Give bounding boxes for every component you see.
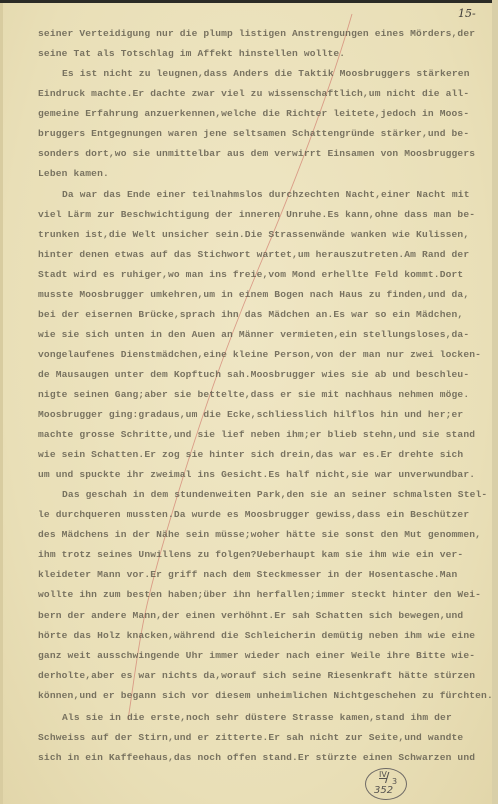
- text-line: trunken ist,die Welt unsicher sein.Die S…: [38, 229, 469, 240]
- text-line: bei der eisernen Brücke,sprach ihn das M…: [38, 309, 463, 320]
- text-line: seiner Verteidigung nur die plump listig…: [38, 28, 475, 39]
- text-line: ihm trotz seines Unwillens zu folgen?Ueb…: [38, 549, 463, 560]
- text-line: wie sie sich unten in den Auen an Männer…: [38, 329, 469, 340]
- text-line: wollte ihn zum besten haben;über ihn her…: [38, 589, 481, 600]
- text-line: viel Lärm zur Beschwichtigung der innere…: [38, 209, 475, 220]
- text-line: des Mädchens in der Nähe sein müsse;wohe…: [38, 529, 481, 540]
- text-line: sonders dort,wo sie unmittelbar aus dem …: [38, 148, 475, 159]
- stamp-slash: /: [385, 771, 389, 786]
- text-line: um und spuckte ihr zweimal ins Gesicht.E…: [38, 469, 475, 480]
- text-line: musste Moosbrugger umkehren,um in einem …: [38, 289, 469, 300]
- text-line: gemeine Erfahrung anzuerkennen,welche di…: [38, 108, 469, 119]
- archive-stamp: IV / 3 352: [365, 768, 407, 800]
- text-line: le durchqueren mussten.Da wurde es Moosb…: [38, 509, 469, 520]
- page-left-edge: [0, 3, 3, 804]
- text-line: ganz weit ausschwingende Uhr immer wiede…: [38, 650, 475, 661]
- text-line: Das geschah in dem stundenweiten Park,de…: [62, 489, 487, 500]
- text-line: derholte,aber es war nichts da,worauf si…: [38, 670, 475, 681]
- text-line: vongelaufenes Dienstmädchen,eine kleine …: [38, 349, 481, 360]
- text-line: Eindruck machte.Er dachte zwar viel zu w…: [38, 88, 469, 99]
- text-line: kleideter Mann vor.Er griff nach dem Ste…: [38, 569, 457, 580]
- text-line: Leben kamen.: [38, 168, 109, 179]
- text-line: machte grosse Schritte,und sie lief nebe…: [38, 429, 475, 440]
- text-line: Moosbrugger ging:gradaus,um die Ecke,sch…: [38, 409, 463, 420]
- text-line: Da war das Ende einer teilnahmslos durch…: [62, 189, 470, 200]
- page-number: 15-: [458, 7, 476, 20]
- text-line: hörte das Holz knacken,während die Schle…: [38, 630, 475, 641]
- text-line: Es ist nicht zu leugnen,dass Anders die …: [62, 68, 470, 79]
- text-line: Als sie in die erste,noch sehr düstere S…: [62, 712, 452, 723]
- stamp-page: 352: [374, 785, 393, 796]
- document-page: [0, 3, 492, 804]
- text-line: sich in ein Kaffeehaus,das noch offen st…: [38, 752, 475, 763]
- text-line: nigte seinen Gang;aber sie bettelte,dass…: [38, 389, 469, 400]
- text-line: können,und er begann sich vor diesem unh…: [38, 690, 493, 701]
- text-line: de Mausaugen unter dem Kopftuch sah.Moos…: [38, 369, 469, 380]
- page-right-edge: [492, 0, 498, 804]
- text-line: seine Tat als Totschlag im Affekt hinste…: [38, 48, 345, 59]
- text-line: bruggers Entgegnungen waren jene seltsam…: [38, 128, 469, 139]
- text-line: Schweiss auf der Stirn,und er zitterte.E…: [38, 732, 463, 743]
- text-line: bern der andere Mann,der einen verhöhnt.…: [38, 610, 463, 621]
- text-line: wie sein Schatten.Er zog sie hinter sich…: [38, 449, 463, 460]
- text-line: Stadt wird es ruhiger,wo man ins freie,v…: [38, 269, 463, 280]
- text-line: hinter denen etwas auf das Stichwort war…: [38, 249, 469, 260]
